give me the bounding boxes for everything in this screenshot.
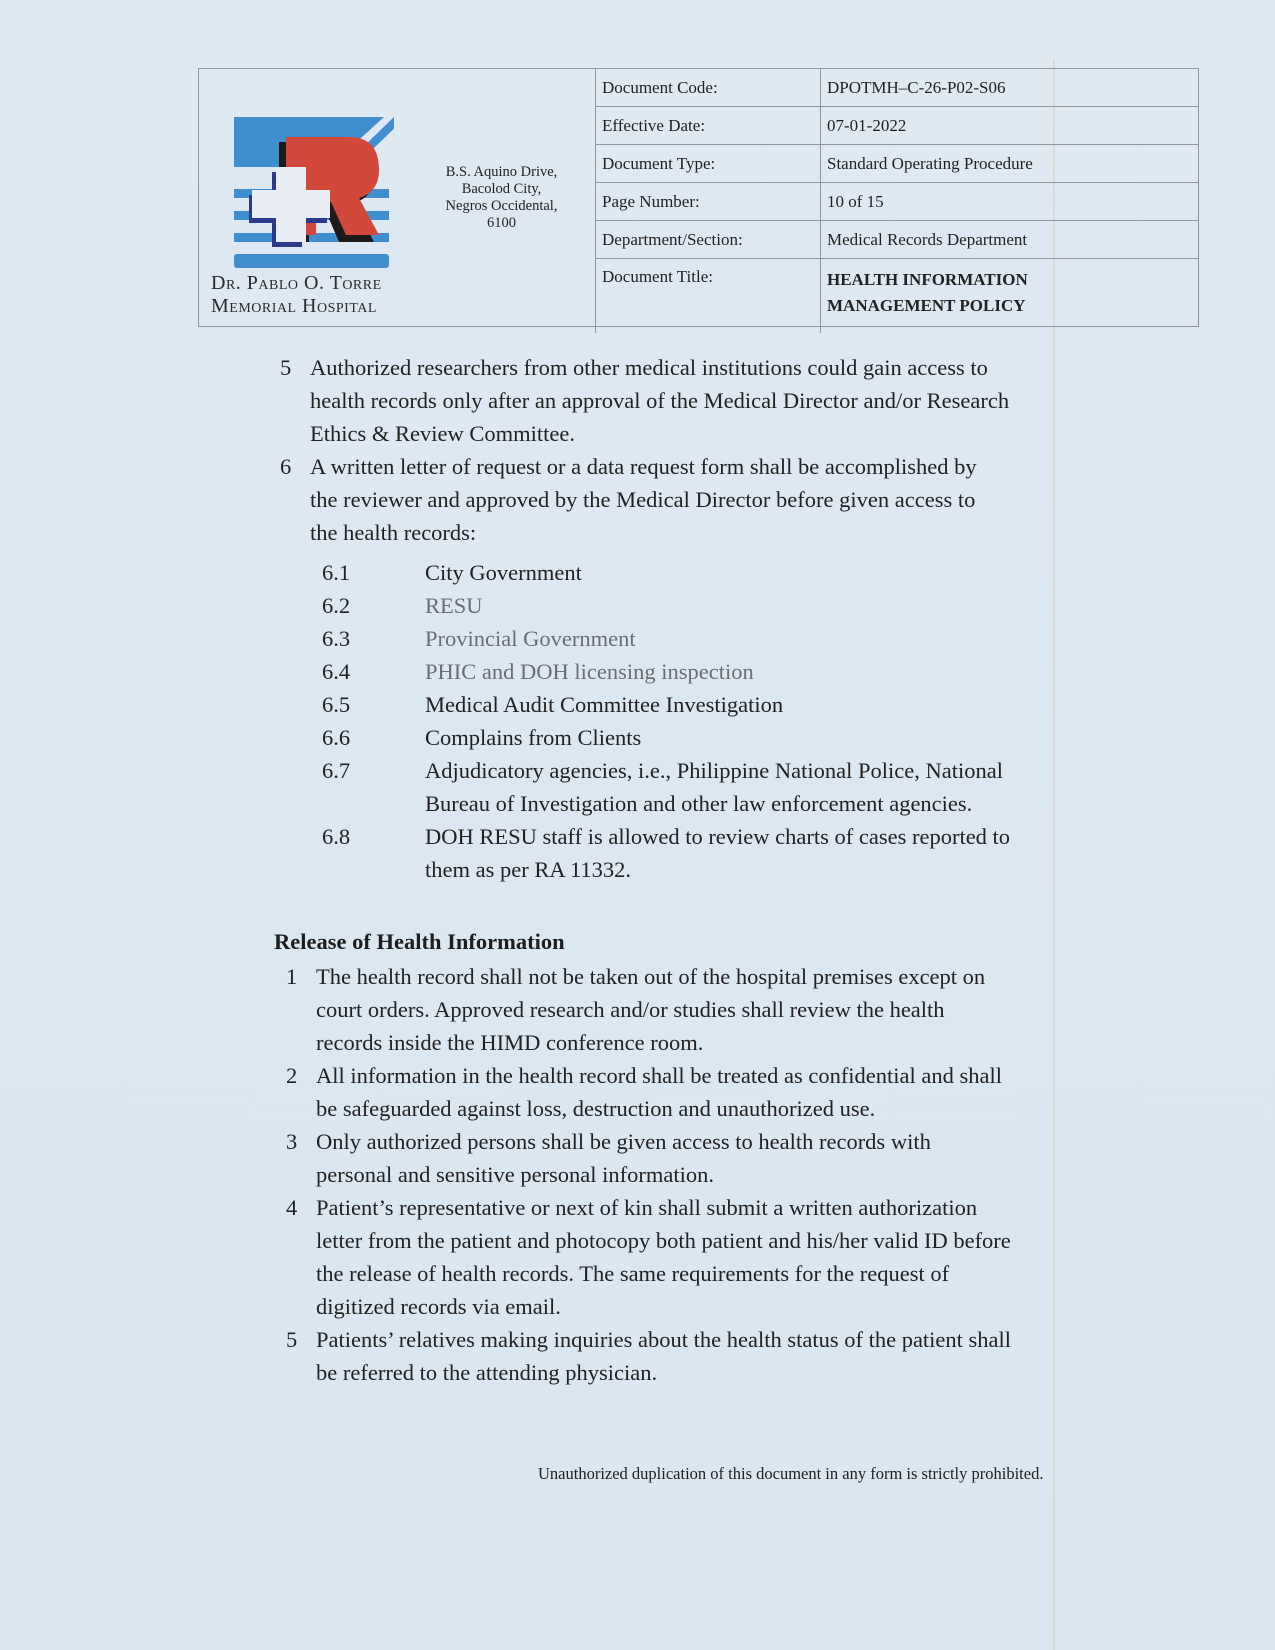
list-item-text: Provincial Government: [425, 622, 636, 655]
document-info-table: Document Code:DPOTMH–C-26-P02-S06 Effect…: [595, 69, 1198, 333]
list-item-number: 6.6: [322, 721, 350, 754]
title-line2: MANAGEMENT POLICY: [827, 293, 1190, 319]
list-item-number: 6.1: [322, 556, 350, 589]
list-item-text: Patients’ relatives making inquiries abo…: [316, 1323, 1011, 1356]
list-item-text: Authorized researchers from other medica…: [310, 351, 988, 384]
list-item-number: 6.8: [322, 820, 350, 853]
info-value: DPOTMH–C-26-P02-S06: [821, 69, 1199, 107]
list-item-number: 6.5: [322, 688, 350, 721]
hospital-logo-icon: [234, 117, 394, 269]
list-item-text: records inside the HIMD conference room.: [316, 1026, 703, 1059]
info-label: Page Number:: [596, 183, 821, 221]
info-label: Department/Section:: [596, 221, 821, 259]
info-row-code: Document Code:DPOTMH–C-26-P02-S06: [596, 69, 1199, 107]
info-value: Medical Records Department: [821, 221, 1199, 259]
section-heading: Release of Health Information: [274, 929, 565, 955]
list-item-text: Bureau of Investigation and other law en…: [425, 787, 972, 820]
list-item-text: Only authorized persons shall be given a…: [316, 1125, 931, 1158]
list-item-text: the health records:: [310, 516, 476, 549]
info-value: 10 of 15: [821, 183, 1199, 221]
list-item-text: All information in the health record sha…: [316, 1059, 1002, 1092]
info-value: Standard Operating Procedure: [821, 145, 1199, 183]
list-item-number: 6.2: [322, 589, 350, 622]
info-row-department: Department/Section:Medical Records Depar…: [596, 221, 1199, 259]
list-item-number: 5: [286, 1323, 308, 1356]
info-label: Document Code:: [596, 69, 821, 107]
info-label: Document Type:: [596, 145, 821, 183]
list-item-text: the reviewer and approved by the Medical…: [310, 483, 975, 516]
list-item-text: RESU: [425, 589, 483, 622]
list-item-text: The health record shall not be taken out…: [316, 960, 985, 993]
list-item-text: DOH RESU staff is allowed to review char…: [425, 820, 1010, 853]
list-item-text: them as per RA 11332.: [425, 853, 631, 886]
footer-notice: Unauthorized duplication of this documen…: [538, 1464, 1043, 1484]
list-item-number: 6.4: [322, 655, 350, 688]
list-item-text: be safeguarded against loss, destruction…: [316, 1092, 875, 1125]
list-item-text: Medical Audit Committee Investigation: [425, 688, 783, 721]
document-title: HEALTH INFORMATIONMANAGEMENT POLICY: [821, 259, 1199, 334]
document-header: Dr. Pablo O. Torre Memorial Hospital B.S…: [198, 68, 1199, 327]
list-item-text: personal and sensitive personal informat…: [316, 1158, 714, 1191]
info-value: 07-01-2022: [821, 107, 1199, 145]
list-item-text: be referred to the attending physician.: [316, 1356, 657, 1389]
info-row-date: Effective Date:07-01-2022: [596, 107, 1199, 145]
list-item-text: Patient’s representative or next of kin …: [316, 1191, 977, 1224]
list-item-number: 5: [280, 351, 302, 384]
list-item-number: 1: [286, 960, 308, 993]
title-line1: HEALTH INFORMATION: [827, 267, 1190, 293]
list-item-text: PHIC and DOH licensing inspection: [425, 655, 754, 688]
hospital-name: Dr. Pablo O. Torre Memorial Hospital: [211, 272, 382, 318]
info-label: Effective Date:: [596, 107, 821, 145]
hospital-name-line1: Dr. Pablo O. Torre: [211, 272, 382, 295]
document-page: Dr. Pablo O. Torre Memorial Hospital B.S…: [0, 0, 1275, 1650]
list-item-number: 6: [280, 450, 302, 483]
list-item-text: A written letter of request or a data re…: [310, 450, 977, 483]
list-item-text: City Government: [425, 556, 582, 589]
info-row-title: Document Title:HEALTH INFORMATIONMANAGEM…: [596, 259, 1199, 334]
info-label: Document Title:: [596, 259, 821, 334]
list-item-text: letter from the patient and photocopy bo…: [316, 1224, 1011, 1257]
list-item-text: Ethics & Review Committee.: [310, 417, 575, 450]
hospital-address: B.S. Aquino Drive, Bacolod City, Negros …: [419, 69, 584, 326]
list-item-text: Complains from Clients: [425, 721, 641, 754]
hospital-logo-block: Dr. Pablo O. Torre Memorial Hospital: [199, 69, 399, 326]
list-item-text: Adjudicatory agencies, i.e., Philippine …: [425, 754, 1003, 787]
list-item-number: 4: [286, 1191, 308, 1224]
list-item-text: court orders. Approved research and/or s…: [316, 993, 945, 1026]
list-item-number: 6.3: [322, 622, 350, 655]
address-text: B.S. Aquino Drive, Bacolod City, Negros …: [446, 164, 558, 232]
info-row-type: Document Type:Standard Operating Procedu…: [596, 145, 1199, 183]
list-item-number: 6.7: [322, 754, 350, 787]
hospital-name-line2: Memorial Hospital: [211, 295, 382, 318]
list-item-number: 3: [286, 1125, 308, 1158]
list-item-text: the release of health records. The same …: [316, 1257, 949, 1290]
list-item-text: health records only after an approval of…: [310, 384, 1009, 417]
list-item-number: 2: [286, 1059, 308, 1092]
info-row-page: Page Number:10 of 15: [596, 183, 1199, 221]
list-item-text: digitized records via email.: [316, 1290, 561, 1323]
